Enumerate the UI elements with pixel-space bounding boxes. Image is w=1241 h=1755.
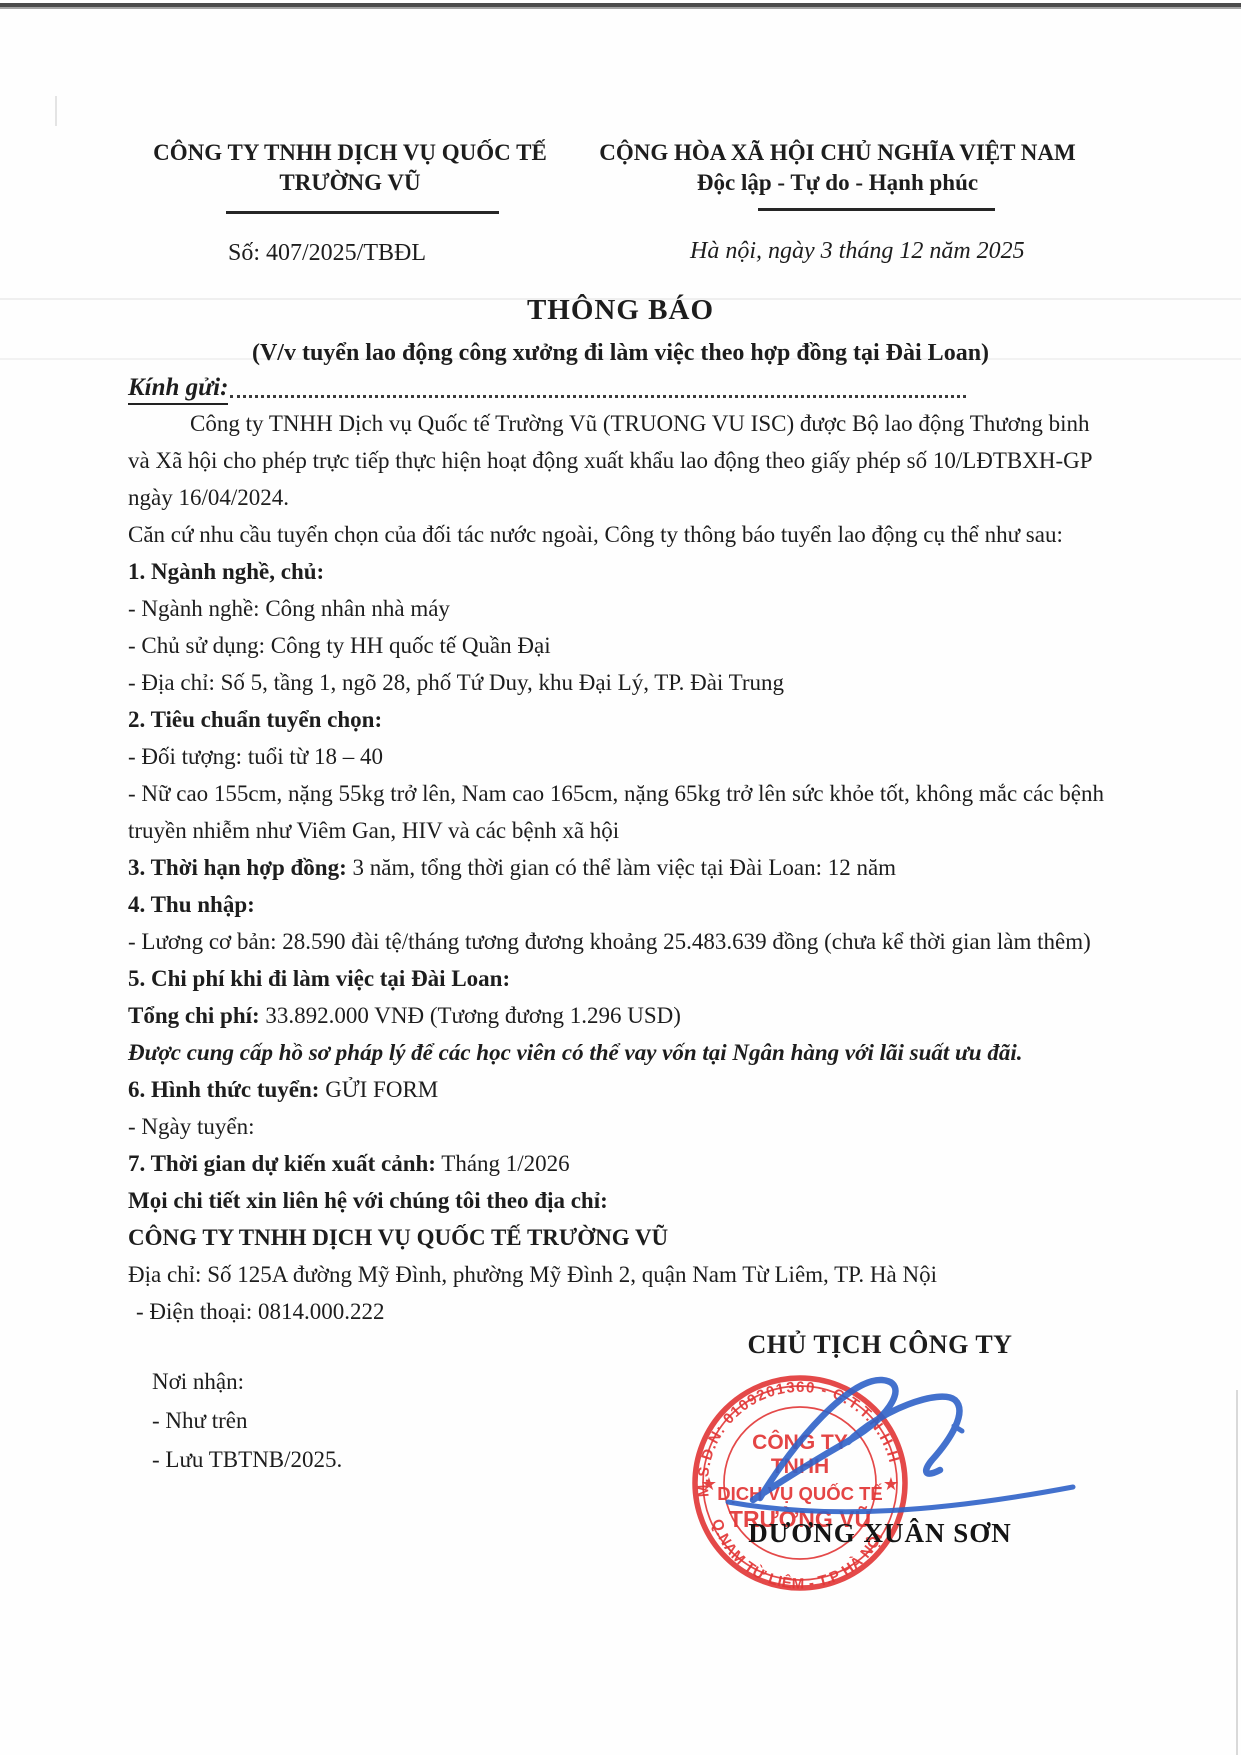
recipient-item: - Như trên [152,1401,342,1440]
section-7-line: 7. Thời gian dự kiến xuất cảnh: Tháng 1/… [128,1145,1142,1182]
section-6-item: - Ngày tuyển: [128,1108,1142,1145]
company-underline [226,211,499,214]
section-7-text: Tháng 1/2026 [436,1151,570,1176]
stamp-ring-text-top: M.S.D.N: 0109201360 - C.T.T.N.H.H [695,1379,903,1498]
section-7-heading: 7. Thời gian dự kiến xuất cảnh: [128,1151,436,1176]
section-5-heading: 5. Chi phí khi đi làm việc tại Đài Loan: [128,960,1142,997]
company-name-line2: TRƯỜNG VŨ [150,168,550,198]
national-motto-line2: Độc lập - Tự do - Hạnh phúc [560,168,1115,198]
notice-body: Công ty TNHH Dịch vụ Quốc tế Trường Vũ (… [128,405,1142,1330]
scan-edge-right [1236,1390,1238,1755]
notice-title: THÔNG BÁO [0,294,1241,327]
section-5-total: Tổng chi phí: 33.892.000 VNĐ (Tương đươn… [128,997,1142,1034]
stamp-star-left: ★ [701,1474,717,1494]
section-1-item: - Chủ sử dụng: Công ty HH quốc tế Quần Đ… [128,627,1142,664]
section-1-item: - Địa chỉ: Số 5, tầng 1, ngõ 28, phố Tứ … [128,664,1142,701]
section-4-item: - Lương cơ bản: 28.590 đài tệ/tháng tươn… [128,923,1142,960]
scan-mark [55,96,57,126]
section-5-note: Được cung cấp hồ sơ pháp lý để các học v… [128,1034,1142,1071]
scan-edge-artifact-2 [0,7,1241,9]
section-6-text: GỬI FORM [319,1077,438,1102]
section-3-heading: 3. Thời hạn hợp đồng: [128,855,347,880]
intro-line: ngày 16/04/2024. [128,479,1142,516]
stamp-texts: M.S.D.N: 0109201360 - C.T.T.N.H.H Q.NAM … [695,1379,903,1593]
company-name-line1: CÔNG TY TNHH DỊCH VỤ QUỐC TẾ [150,138,550,168]
signer-name: DƯƠNG XUÂN SƠN [730,1518,1030,1549]
contact-company: CÔNG TY TNHH DỊCH VỤ QUỐC TẾ TRƯỜNG VŨ [128,1219,1142,1256]
issuing-company-block: CÔNG TY TNHH DỊCH VỤ QUỐC TẾ TRƯỜNG VŨ [150,138,550,198]
intro-line: Công ty TNHH Dịch vụ Quốc tế Trường Vũ (… [128,405,1142,442]
total-cost-label: Tổng chi phí: [128,1003,260,1028]
notice-subject: (V/v tuyển lao động công xưởng đi làm vi… [0,340,1241,367]
contact-address: Địa chỉ: Số 125A đường Mỹ Đình, phường M… [128,1256,1142,1293]
section-4-heading: 4. Thu nhập: [128,886,1142,923]
intro-basis: Căn cứ nhu cầu tuyển chọn của đối tác nư… [128,516,1142,553]
scanned-notice-page: CÔNG TY TNHH DỊCH VỤ QUỐC TẾ TRƯỜNG VŨ C… [0,0,1241,1755]
national-motto-line1: CỘNG HÒA XÃ HỘI CHỦ NGHĨA VIỆT NAM [560,138,1115,168]
stamp-rings [695,1378,905,1588]
section-6-line: 6. Hình thức tuyển: GỬI FORM [128,1071,1142,1108]
dotted-leader [230,394,966,398]
section-2-item: - Nữ cao 155cm, nặng 55kg trở lên, Nam c… [128,775,1142,812]
intro-line: và Xã hội cho phép trực tiếp thực hiện h… [128,442,1142,479]
signer-title: CHỦ TỊCH CÔNG TY [700,1330,1060,1360]
salutation-label: Kính gửi: [128,374,228,405]
stamp-center-line1: CÔNG TY [752,1430,848,1454]
company-stamp-and-signature: M.S.D.N: 0109201360 - C.T.T.N.H.H Q.NAM … [610,1330,1190,1670]
recipient-item: - Lưu TBTNB/2025. [152,1440,342,1479]
section-2-item: truyền nhiễm như Viêm Gan, HIV và các bệ… [128,812,1142,849]
section-1-item: - Ngành nghề: Công nhân nhà máy [128,590,1142,627]
contact-phone: - Điện thoại: 0814.000.222 [128,1293,1142,1330]
national-header-block: CỘNG HÒA XÃ HỘI CHỦ NGHĨA VIỆT NAM Độc l… [560,138,1115,198]
doc-number: Số: 407/2025/TBĐL [228,240,426,267]
motto-underline [758,208,995,211]
stamp-star-right: ★ [883,1474,899,1494]
section-2-item: - Đối tượng: tuổi từ 18 – 40 [128,738,1142,775]
contact-intro: Mọi chi tiết xin liên hệ với chúng tôi t… [128,1182,1142,1219]
total-cost-text: 33.892.000 VNĐ (Tương đương 1.296 USD) [260,1003,681,1028]
handwritten-signature [728,1380,1073,1512]
section-6-heading: 6. Hình thức tuyển: [128,1077,319,1102]
section-3-line: 3. Thời hạn hợp đồng: 3 năm, tổng thời g… [128,849,1142,886]
recipients-block: Nơi nhận: - Như trên - Lưu TBTNB/2025. [152,1362,342,1479]
section-3-text: 3 năm, tổng thời gian có thể làm việc tạ… [347,855,896,880]
recipients-label: Nơi nhận: [152,1362,342,1401]
stamp-center-line2: TNHH [771,1455,829,1478]
stamp-center-line3: DỊCH VỤ QUỐC TẾ [717,1483,882,1504]
section-2-heading: 2. Tiêu chuẩn tuyển chọn: [128,701,1142,738]
place-date: Hà nội, ngày 3 tháng 12 năm 2025 [690,238,1025,265]
section-1-heading: 1. Ngành nghề, chủ: [128,553,1142,590]
salutation-row: Kính gửi: [128,374,966,405]
